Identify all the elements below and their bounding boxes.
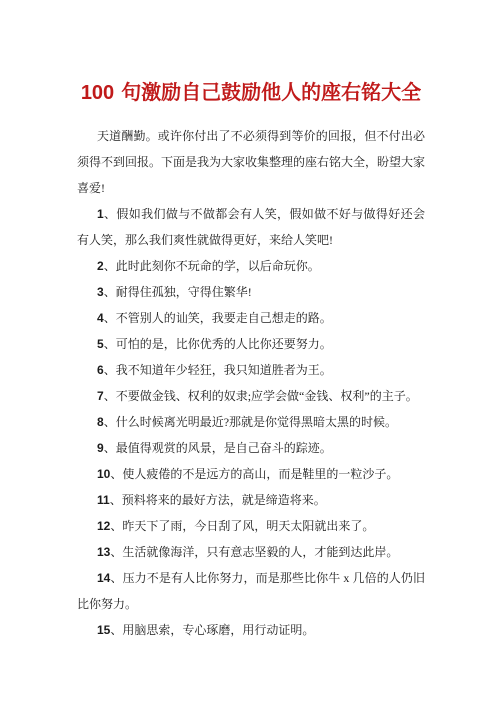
- motto-item: 2、此时此刻你不玩命的学，以后命玩你。: [77, 253, 425, 279]
- item-text: 可怕的是，比你优秀的人比你还要努力。: [116, 337, 332, 351]
- item-separator: 、: [104, 207, 117, 221]
- item-separator: 、: [104, 337, 116, 351]
- item-separator: 、: [110, 467, 122, 481]
- item-number: 8: [97, 415, 104, 429]
- item-text: 假如我们做与不做都会有人笑，假如做不好与做得好还会有人笑，那么我们爽性就做得更好…: [77, 207, 425, 247]
- item-separator: 、: [104, 259, 116, 273]
- motto-item: 9、最值得观赏的风景，是自己奋斗的踪迹。: [77, 435, 425, 461]
- item-number: 1: [97, 207, 104, 221]
- item-text: 耐得住孤独，守得住繁华!: [116, 285, 252, 299]
- item-number: 14: [97, 571, 110, 585]
- item-number: 2: [97, 259, 104, 273]
- item-text: 使人疲倦的不是远方的高山，而是鞋里的一粒沙子。: [122, 467, 398, 481]
- item-separator: 、: [104, 311, 116, 325]
- item-number: 12: [97, 519, 110, 533]
- item-separator: 、: [110, 545, 122, 559]
- item-text: 用脑思索，专心琢磨，用行动证明。: [122, 623, 314, 637]
- item-number: 13: [97, 545, 110, 559]
- item-text: 此时此刻你不玩命的学，以后命玩你。: [116, 259, 320, 273]
- item-number: 10: [97, 467, 110, 481]
- item-text: 什么时候离光明最近?那就是你觉得黑暗太黑的时候。: [116, 415, 397, 429]
- item-text: 昨天下了雨，今日刮了风，明天太阳就出来了。: [122, 519, 374, 533]
- item-text: 不管别人的讪笑，我要走自己想走的路。: [116, 311, 332, 325]
- motto-item: 13、生活就像海洋，只有意志坚毅的人，才能到达此岸。: [77, 539, 425, 565]
- title-number: 100: [81, 82, 114, 104]
- item-separator: 、: [110, 493, 122, 507]
- item-separator: 、: [104, 389, 116, 403]
- motto-item: 12、昨天下了雨，今日刮了风，明天太阳就出来了。: [77, 513, 425, 539]
- item-number: 7: [97, 389, 104, 403]
- motto-item: 14、压力不是有人比你努力，而是那些比你牛 x 几倍的人仍旧比你努力。: [77, 565, 425, 617]
- item-text: 压力不是有人比你努力，而是那些比你牛 x 几倍的人仍旧比你努力。: [77, 571, 425, 611]
- item-separator: 、: [104, 363, 116, 377]
- motto-item: 1、假如我们做与不做都会有人笑，假如做不好与做得好还会有人笑，那么我们爽性就做得…: [77, 201, 425, 253]
- item-number: 6: [97, 363, 104, 377]
- motto-item: 6、我不知道年少轻狂，我只知道胜者为王。: [77, 357, 425, 383]
- item-separator: 、: [104, 285, 116, 299]
- item-text: 我不知道年少轻狂，我只知道胜者为王。: [116, 363, 332, 377]
- motto-item: 10、使人疲倦的不是远方的高山，而是鞋里的一粒沙子。: [77, 461, 425, 487]
- item-number: 15: [97, 623, 110, 637]
- motto-item: 8、什么时候离光明最近?那就是你觉得黑暗太黑的时候。: [77, 409, 425, 435]
- page-title: 100句激励自己鼓励他人的座右铭大全: [57, 78, 445, 108]
- item-separator: 、: [110, 623, 122, 637]
- motto-item: 11、预料将来的最好方法，就是缔造将来。: [77, 487, 425, 513]
- motto-item: 4、不管别人的讪笑，我要走自己想走的路。: [77, 305, 425, 331]
- item-text: 最值得观赏的风景，是自己奋斗的踪迹。: [116, 441, 332, 455]
- motto-item: 5、可怕的是，比你优秀的人比你还要努力。: [77, 331, 425, 357]
- motto-item: 15、用脑思索，专心琢磨，用行动证明。: [77, 617, 425, 643]
- item-text: 预料将来的最好方法，就是缔造将来。: [122, 493, 326, 507]
- motto-item: 3、耐得住孤独，守得住繁华!: [77, 279, 425, 305]
- intro-paragraph: 天道酬勤。或许你付出了不必须得到等价的回报，但不付出必须得不到回报。下面是我为大…: [77, 123, 425, 201]
- document-body: 天道酬勤。或许你付出了不必须得到等价的回报，但不付出必须得不到回报。下面是我为大…: [77, 123, 425, 643]
- item-number: 11: [97, 493, 110, 507]
- item-number: 9: [97, 441, 104, 455]
- item-number: 4: [97, 311, 104, 325]
- title-text: 句激励自己鼓励他人的座右铭大全: [121, 82, 421, 104]
- item-separator: 、: [104, 415, 116, 429]
- document-page: 100句激励自己鼓励他人的座右铭大全 天道酬勤。或许你付出了不必须得到等价的回报…: [0, 0, 500, 707]
- item-text: 生活就像海洋，只有意志坚毅的人，才能到达此岸。: [122, 545, 398, 559]
- item-separator: 、: [110, 519, 122, 533]
- item-separator: 、: [110, 571, 122, 585]
- item-text: 不要做金钱、权利的奴隶;应学会做“金钱、权利”的主子。: [116, 389, 418, 403]
- item-number: 3: [97, 285, 104, 299]
- item-number: 5: [97, 337, 104, 351]
- motto-item: 7、不要做金钱、权利的奴隶;应学会做“金钱、权利”的主子。: [77, 383, 425, 409]
- item-separator: 、: [104, 441, 116, 455]
